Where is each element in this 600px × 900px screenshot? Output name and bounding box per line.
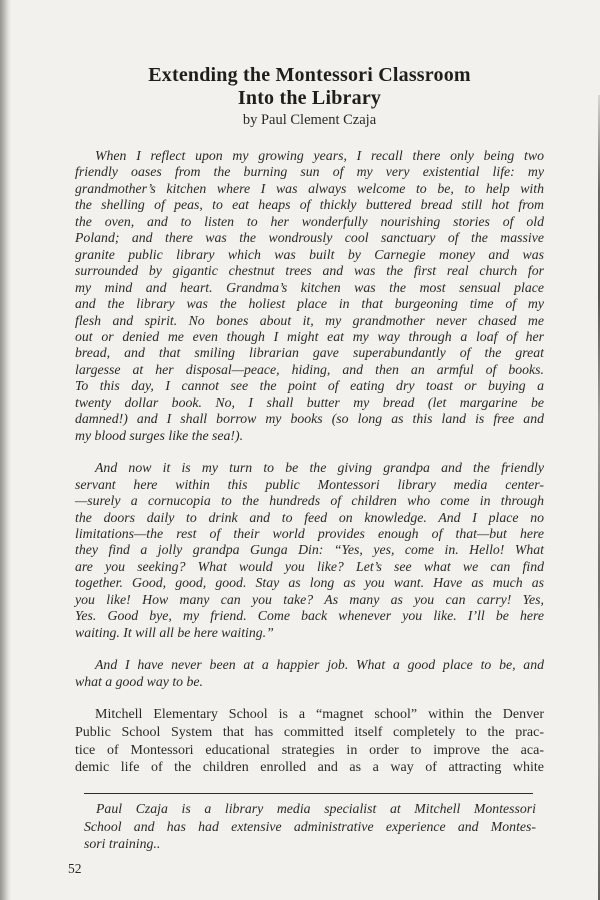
text-line: sori training.. — [84, 835, 536, 852]
text-line: Public School System that has committed … — [75, 724, 544, 742]
article-header: Extending the Montessori Classroom Into … — [75, 64, 544, 129]
page-number: 52 — [68, 861, 544, 877]
paragraph: And now it is my turn to be the giving g… — [75, 460, 544, 641]
text-line: friendly oases from the burning sun of m… — [75, 164, 544, 180]
text-line: are you seeking? What would you like? Le… — [75, 559, 544, 575]
text-line: And now it is my turn to be the giving g… — [75, 460, 544, 476]
article-byline: by Paul Clement Czaja — [75, 112, 544, 129]
text-line: Paul Czaja is a library media specialist… — [84, 800, 536, 817]
text-line: my blood surges like the sea!). — [75, 428, 544, 444]
text-line: To this day, I cannot see the point of e… — [75, 378, 544, 394]
paragraph: Mitchell Elementary School is a “magnet … — [75, 706, 544, 777]
text-line: together. Good, good, good. Stay as long… — [75, 575, 544, 591]
text-line: Mitchell Elementary School is a “magnet … — [75, 706, 544, 724]
text-line: and the library was the holiest place in… — [75, 296, 544, 312]
text-line: Poland; and there was the wondrously coo… — [75, 230, 544, 246]
text-line: grandmother’s kitchen where I was always… — [75, 181, 544, 197]
text-line: surrounded by gigantic chestnut trees an… — [75, 263, 544, 279]
text-line: servant here within this public Montesso… — [75, 477, 544, 493]
text-line: my mind and heart. Grandma’s kitchen was… — [75, 280, 544, 296]
footnote: Paul Czaja is a library media specialist… — [84, 800, 536, 852]
footnote-paragraph: Paul Czaja is a library media specialist… — [84, 800, 536, 852]
text-line: tice of Montessori educational strategie… — [75, 742, 544, 760]
text-line: —surely a cornucopia to the hundreds of … — [75, 493, 544, 509]
page-content: Extending the Montessori Classroom Into … — [75, 0, 544, 877]
text-line: the doors daily to drink and to feed on … — [75, 510, 544, 526]
article-title-line1: Extending the Montessori Classroom — [75, 64, 544, 87]
article-title: Extending the Montessori Classroom Into … — [75, 64, 544, 110]
paragraph: And I have never been at a happier job. … — [75, 657, 544, 690]
text-line: waiting. It will all be here waiting.” — [75, 625, 544, 641]
text-line: limitations—the rest of their world prov… — [75, 526, 544, 542]
scan-left-edge — [0, 0, 11, 900]
paragraph: When I reflect upon my growing years, I … — [75, 148, 544, 444]
text-line: granite public library which was built b… — [75, 247, 544, 263]
text-line: And I have never been at a happier job. … — [75, 657, 544, 673]
text-line: the oven, and to listen to her wonderful… — [75, 214, 544, 230]
text-line: the shelling of peas, to eat heaps of th… — [75, 197, 544, 213]
text-line: Yes. Good bye, my friend. Come back when… — [75, 608, 544, 624]
article-title-line2: Into the Library — [75, 87, 544, 110]
text-line: flesh and spirit. No bones about it, my … — [75, 313, 544, 329]
text-line: demic life of the children enrolled and … — [75, 759, 544, 777]
text-line: damned!) and I shall borrow my books (so… — [75, 411, 544, 427]
text-line: twenty dollar book. No, I shall butter m… — [75, 395, 544, 411]
text-line: largesse at her disposal—peace, hiding, … — [75, 362, 544, 378]
text-line: When I reflect upon my growing years, I … — [75, 148, 544, 164]
text-line: what a good way to be. — [75, 674, 544, 690]
text-line: out or denied me even though I might eat… — [75, 329, 544, 345]
text-line: School and has had extensive administrat… — [84, 818, 536, 835]
scanned-page: Extending the Montessori Classroom Into … — [0, 0, 600, 900]
footnote-divider-rule — [84, 793, 533, 794]
text-line: bread, and that smiling librarian gave s… — [75, 345, 544, 361]
article-body: When I reflect upon my growing years, I … — [75, 148, 544, 777]
text-line: you like! How many can you take? As many… — [75, 592, 544, 608]
text-line: they find a jolly grandpa Gunga Din: “Ye… — [75, 542, 544, 558]
